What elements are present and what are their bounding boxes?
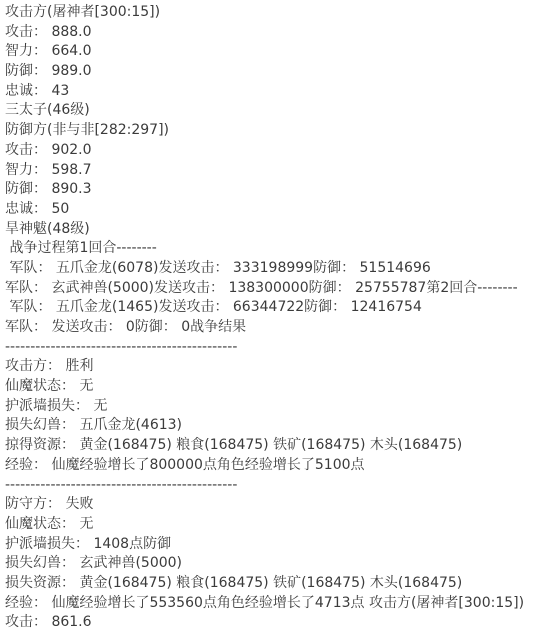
defender-loyalty-stat: 忠诚： 50 xyxy=(5,200,558,220)
separator: ----------------------------------------… xyxy=(5,476,558,496)
attacker-plundered-resources: 掠得资源： 黄金(168475) 粮食(168475) 铁矿(168475) 木… xyxy=(5,436,558,456)
attacker-intellect-stat: 智力： 664.0 xyxy=(5,42,558,62)
attacker-immortal-status: 仙魔状态： 无 xyxy=(5,377,558,397)
round2-attacker-army: 军队： 五爪金龙(1465)发送攻击： 66344722防御： 12416754 xyxy=(5,298,558,318)
defender-defense-stat: 防御： 890.3 xyxy=(5,180,558,200)
defender-general: 旱神魃(48级) xyxy=(5,220,558,240)
attacker-general: 三太子(46级) xyxy=(5,101,558,121)
attacker-attack-stat-repeat: 攻击： 861.6 xyxy=(5,613,558,630)
defender-header: 防御方(非与非[282:297]) xyxy=(5,121,558,141)
defender-attack-stat: 攻击： 902.0 xyxy=(5,141,558,161)
attacker-wall-loss: 护派墙损失： 无 xyxy=(5,397,558,417)
attacker-loyalty-stat: 忠诚： 43 xyxy=(5,82,558,102)
round1-defender-army-round2: 军队： 玄武神兽(5000)发送攻击： 138300000防御： 2575578… xyxy=(5,279,558,299)
defender-outcome: 防守方： 失败 xyxy=(5,495,558,515)
round2-defender-army-result: 军队： 发送攻击： 0防御： 0战争结果 xyxy=(5,318,558,338)
separator: ----------------------------------------… xyxy=(5,338,558,358)
defender-beast-loss: 损失幻兽： 玄武神兽(5000) xyxy=(5,554,558,574)
defender-immortal-status: 仙魔状态： 无 xyxy=(5,515,558,535)
defender-wall-loss: 护派墙损失： 1408点防御 xyxy=(5,535,558,555)
defender-experience: 经验： 仙魔经验增长了553560点角色经验增长了4713点 攻击方(屠神者[3… xyxy=(5,594,558,614)
round1-attacker-army: 军队： 五爪金龙(6078)发送攻击： 333198999防御： 5151469… xyxy=(5,259,558,279)
defender-lost-resources: 损失资源： 黄金(168475) 粮食(168475) 铁矿(168475) 木… xyxy=(5,574,558,594)
attacker-beast-loss: 损失幻兽： 五爪金龙(4613) xyxy=(5,416,558,436)
war-process-round-1: 战争过程第1回合-------- xyxy=(5,239,558,259)
attacker-experience: 经验： 仙魔经验增长了800000点角色经验增长了5100点 xyxy=(5,456,558,476)
battle-log: 攻击方(屠神者[300:15])攻击： 888.0智力： 664.0防御： 98… xyxy=(0,0,558,630)
attacker-header: 攻击方(屠神者[300:15]) xyxy=(5,3,558,23)
attacker-defense-stat: 防御： 989.0 xyxy=(5,62,558,82)
attacker-outcome: 攻击方： 胜利 xyxy=(5,357,558,377)
attacker-attack-stat: 攻击： 888.0 xyxy=(5,23,558,43)
defender-intellect-stat: 智力： 598.7 xyxy=(5,161,558,181)
